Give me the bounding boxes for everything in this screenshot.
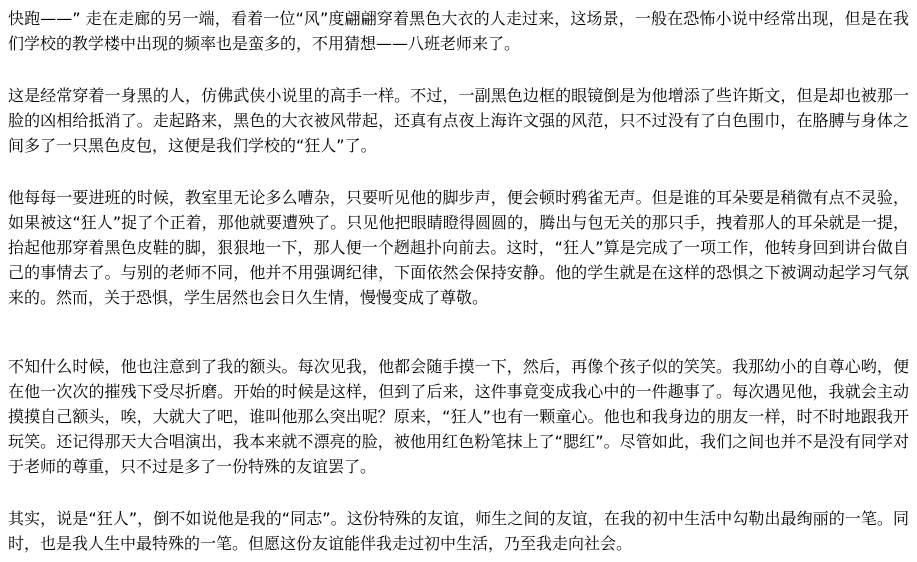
essay-document: 快跑——” 走在走廊的另一端，看着一位“风”度翩翩穿着黑色大衣的人走过来，这场景… xyxy=(0,0,917,562)
essay-paragraph-4: 不知什么时候，他也注意到了我的额头。每次见我，他都会随手摸一下，然后，再像个孩子… xyxy=(8,354,909,479)
essay-paragraph-2: 这是经常穿着一身黑的人，仿佛武侠小说里的高手一样。不过，一副黑色边框的眼镜倒是为… xyxy=(8,83,909,158)
essay-paragraph-3: 他每每一要进班的时候，教室里无论多么嘈杂，只要听见他的脚步声，便会顿时鸦雀无声。… xyxy=(8,185,909,310)
essay-paragraph-1: 快跑——” 走在走廊的另一端，看着一位“风”度翩翩穿着黑色大衣的人走过来，这场景… xyxy=(8,6,909,56)
essay-paragraph-5: 其实，说是“狂人”，倒不如说他是我的“同志”。这份特殊的友谊，师生之间的友谊，在… xyxy=(8,506,909,556)
